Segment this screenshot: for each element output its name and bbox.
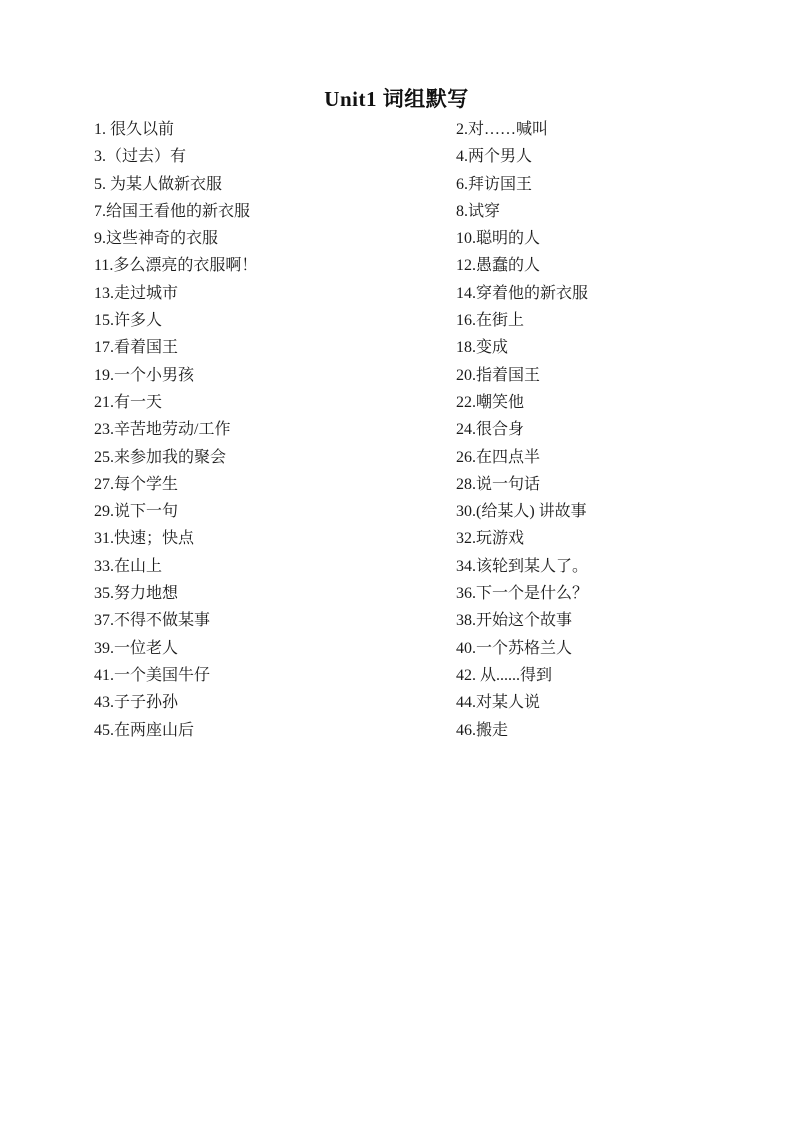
list-item: 1. 很久以前 — [94, 116, 456, 143]
list-item: 13.走过城市 — [94, 280, 456, 307]
list-item: 22.嘲笑他 — [456, 389, 734, 416]
list-item: 18.变成 — [456, 334, 734, 361]
list-item: 7.给国王看他的新衣服 — [94, 198, 456, 225]
list-item: 4.两个男人 — [456, 143, 734, 170]
list-item: 32.玩游戏 — [456, 525, 734, 552]
list-item: 14.穿着他的新衣服 — [456, 280, 734, 307]
list-item: 19.一个小男孩 — [94, 362, 456, 389]
list-item: 33.在山上 — [94, 553, 456, 580]
list-item: 42. 从......得到 — [456, 662, 734, 689]
document-page: Unit1 词组默写 1. 很久以前2.对……喊叫3.（过去）有4.两个男人5.… — [0, 0, 793, 1122]
list-item: 5. 为某人做新衣服 — [94, 171, 456, 198]
list-item: 8.试穿 — [456, 198, 734, 225]
list-item: 40.一个苏格兰人 — [456, 635, 734, 662]
list-item: 31.快速；快点 — [94, 525, 456, 552]
phrase-list: 1. 很久以前2.对……喊叫3.（过去）有4.两个男人5. 为某人做新衣服6.拜… — [94, 116, 734, 744]
list-item: 2.对……喊叫 — [456, 116, 734, 143]
list-item: 28.说一句话 — [456, 471, 734, 498]
list-item: 17.看着国王 — [94, 334, 456, 361]
list-item: 23.辛苦地劳动/工作 — [94, 416, 456, 443]
page-title: Unit1 词组默写 — [0, 83, 793, 113]
list-item: 6.拜访国王 — [456, 171, 734, 198]
list-item: 20.指着国王 — [456, 362, 734, 389]
list-item: 24.很合身 — [456, 416, 734, 443]
list-item: 15.许多人 — [94, 307, 456, 334]
list-item: 9.这些神奇的衣服 — [94, 225, 456, 252]
list-item: 35.努力地想 — [94, 580, 456, 607]
list-item: 34.该轮到某人了。 — [456, 553, 734, 580]
list-item: 26.在四点半 — [456, 444, 734, 471]
list-item: 21.有一天 — [94, 389, 456, 416]
list-item: 41.一个美国牛仔 — [94, 662, 456, 689]
list-item: 12.愚蠢的人 — [456, 252, 734, 279]
list-item: 3.（过去）有 — [94, 143, 456, 170]
list-item: 38.开始这个故事 — [456, 607, 734, 634]
list-item: 25.来参加我的聚会 — [94, 444, 456, 471]
list-item: 29.说下一句 — [94, 498, 456, 525]
list-item: 11.多么漂亮的衣服啊！ — [94, 252, 456, 279]
list-item: 30.(给某人) 讲故事 — [456, 498, 734, 525]
list-item: 46.搬走 — [456, 717, 734, 744]
list-item: 10.聪明的人 — [456, 225, 734, 252]
list-item: 36.下一个是什么？ — [456, 580, 734, 607]
list-item: 16.在街上 — [456, 307, 734, 334]
list-item: 39.一位老人 — [94, 635, 456, 662]
list-item: 43.子子孙孙 — [94, 689, 456, 716]
list-item: 37.不得不做某事 — [94, 607, 456, 634]
list-item: 45.在两座山后 — [94, 717, 456, 744]
list-item: 44.对某人说 — [456, 689, 734, 716]
list-item: 27.每个学生 — [94, 471, 456, 498]
